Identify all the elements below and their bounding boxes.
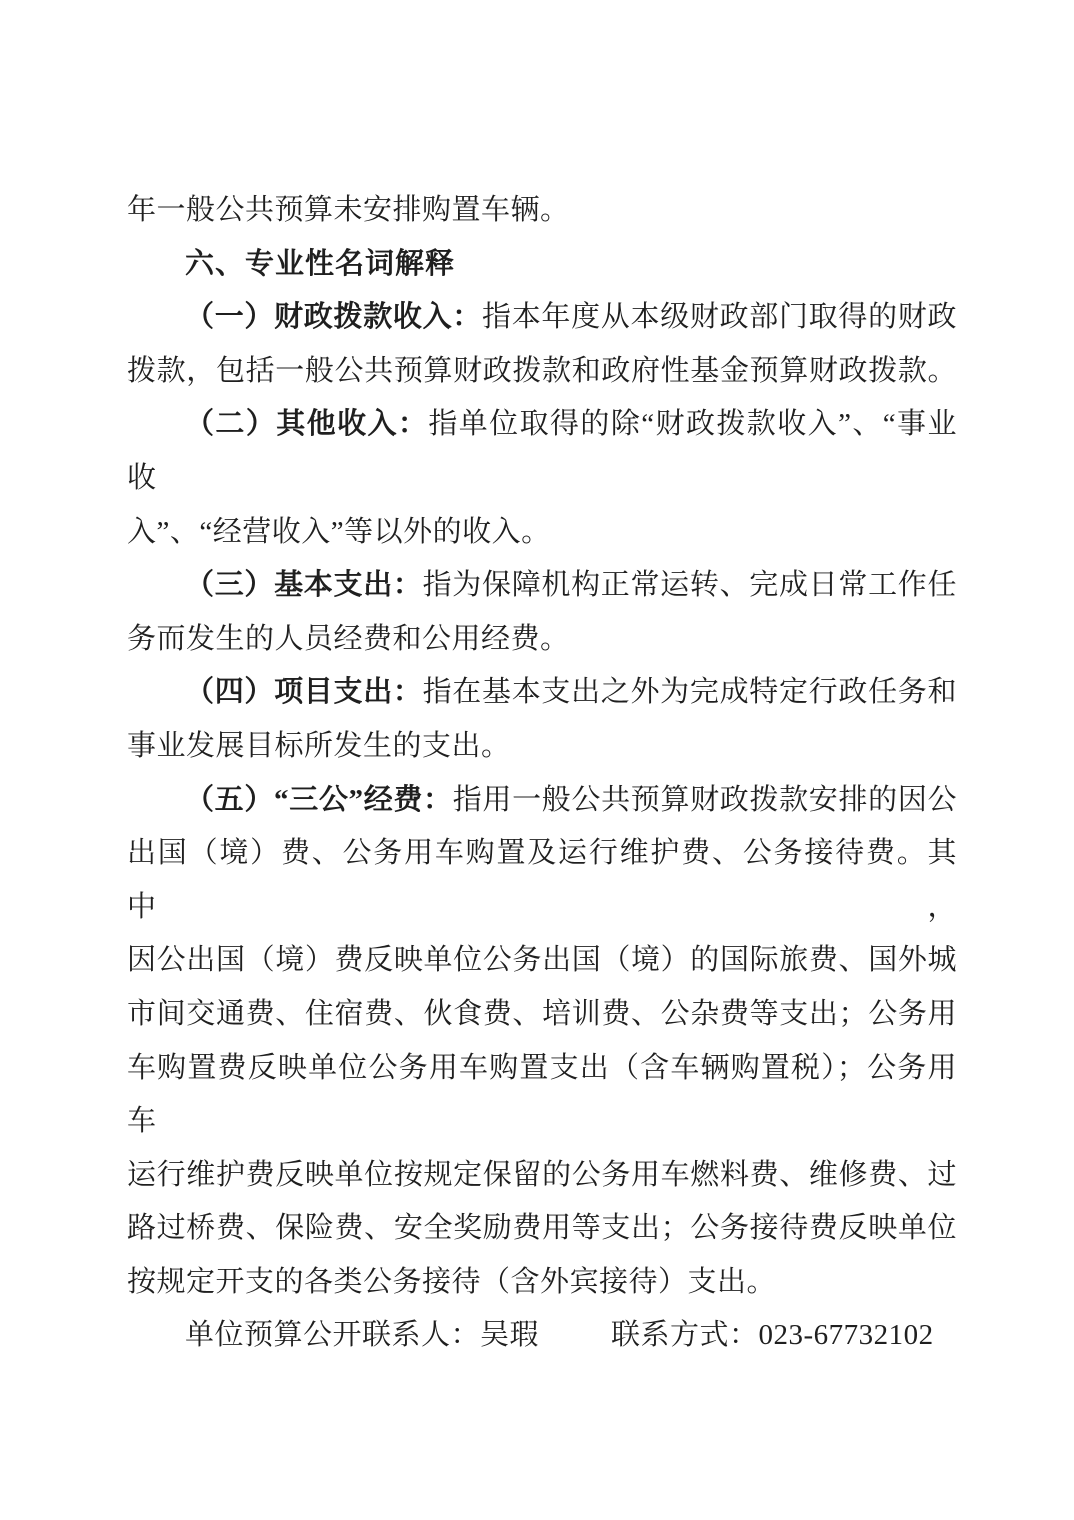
term-label: （二）其他收入： [185,408,428,440]
text-line: 拨款，包括一般公共预算财政拨款和政府性基金预算财政拨款。 [127,345,957,399]
section-heading: 六、专业性名词解释 [127,238,957,292]
term-label: （五）“三公”经费： [185,784,453,816]
text-segment: 指为保障机构正常运转、完成日常工作任 [423,569,957,601]
text-line: 年一般公共预算未安排购置车辆。 [127,184,957,238]
text-line: （三）基本支出：指为保障机构正常运转、完成日常工作任 [127,559,957,613]
term-label: （一）财政拨款收入： [185,301,482,333]
text-segment: 路过桥费、保险费、安全奖励费用等支出；公务接待费反映单位 [127,1212,957,1244]
text-line: 事业发展目标所发生的支出。 [127,720,957,774]
text-line: 运行维护费反映单位按规定保留的公务用车燃料费、维修费、过 [127,1149,957,1203]
text-line: 车购置费反映单位公务用车购置支出（含车辆购置税）；公务用车 [127,1042,957,1149]
text-segment: 事业发展目标所发生的支出。 [127,730,511,762]
text-segment: 入”、“经营收入”等以外的收入。 [127,516,551,548]
text-line: （五）“三公”经费：指用一般公共预算财政拨款安排的因公 [127,774,957,828]
text-segment: 车购置费反映单位公务用车购置支出（含车辆购置税）；公务用车 [127,1052,957,1138]
term-label: 六、专业性名词解释 [185,248,455,280]
text-line: 因公出国（境）费反映单位公务出国（境）的国际旅费、国外城 [127,934,957,988]
text-line: 单位预算公开联系人：吴瑕联系方式：023-67732102 [127,1309,957,1363]
text-segment: 指用一般公共预算财政拨款安排的因公 [453,784,957,816]
text-line: 市间交通费、住宿费、伙食费、培训费、公杂费等支出；公务用 [127,988,957,1042]
text-segment: 按规定开支的各类公务接待（含外宾接待）支出。 [127,1266,776,1298]
text-line: （四）项目支出：指在基本支出之外为完成特定行政任务和 [127,666,957,720]
text-segment: 联系方式：023-67732102 [611,1319,934,1351]
text-line: 务而发生的人员经费和公用经费。 [127,613,957,667]
term-label: （四）项目支出： [185,676,423,708]
text-segment: 务而发生的人员经费和公用经费。 [127,623,570,655]
text-line: （一）财政拨款收入：指本年度从本级财政部门取得的财政 [127,291,957,345]
text-segment: 运行维护费反映单位按规定保留的公务用车燃料费、维修费、过 [127,1159,957,1191]
text-segment: 指本年度从本级财政部门取得的财政 [482,301,957,333]
document-page: 年一般公共预算未安排购置车辆。六、专业性名词解释（一）财政拨款收入：指本年度从本… [127,184,957,1363]
text-segment: 出国（境）费、公务用车购置及运行维护费、公务接待费。其中， [127,837,957,923]
text-line: 入”、“经营收入”等以外的收入。 [127,506,957,560]
text-line: 出国（境）费、公务用车购置及运行维护费、公务接待费。其中， [127,827,957,934]
term-label: （三）基本支出： [185,569,423,601]
text-segment: 因公出国（境）费反映单位公务出国（境）的国际旅费、国外城 [127,944,957,976]
document-lines: 年一般公共预算未安排购置车辆。六、专业性名词解释（一）财政拨款收入：指本年度从本… [127,184,957,1363]
text-segment: 单位预算公开联系人：吴瑕 [185,1319,539,1351]
text-segment: 指在基本支出之外为完成特定行政任务和 [423,676,957,708]
text-segment: 拨款，包括一般公共预算财政拨款和政府性基金预算财政拨款。 [127,355,957,387]
text-segment: 年一般公共预算未安排购置车辆。 [127,194,570,226]
text-segment: 市间交通费、住宿费、伙食费、培训费、公杂费等支出；公务用 [127,998,957,1030]
text-line: 按规定开支的各类公务接待（含外宾接待）支出。 [127,1256,957,1310]
text-line: （二）其他收入：指单位取得的除“财政拨款收入”、“事业收 [127,398,957,505]
text-line: 路过桥费、保险费、安全奖励费用等支出；公务接待费反映单位 [127,1202,957,1256]
